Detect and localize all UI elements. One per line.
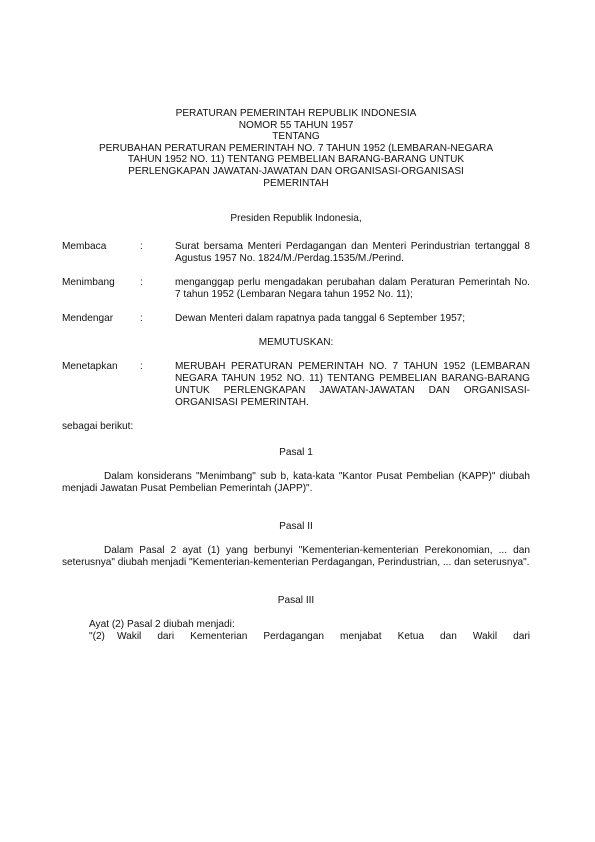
establish-colon: : (140, 361, 175, 409)
consideration-colon: : (140, 277, 175, 301)
establish-label: Menetapkan (62, 361, 140, 409)
consideration-label: Menimbang (62, 277, 140, 301)
article-heading: Pasal II (62, 521, 530, 533)
title-line: PEMERINTAH (62, 178, 530, 190)
consideration-text: menganggap perlu mengadakan perubahan da… (175, 277, 530, 301)
consideration-menimbang: Menimbang : menganggap perlu mengadakan … (62, 277, 530, 301)
article-clause: "(2) Wakil dari Kementerian Perdagangan … (62, 631, 530, 643)
article-heading: Pasal III (62, 595, 530, 607)
title-line: PERATURAN PEMERINTAH REPUBLIK INDONESIA (62, 108, 530, 120)
consideration-colon: : (140, 313, 175, 325)
establish-section: Menetapkan : MERUBAH PERATURAN PEMERINTA… (62, 361, 530, 409)
consideration-membaca: Membaca : Surat bersama Menteri Perdagan… (62, 241, 530, 265)
title-line: NOMOR 55 TAHUN 1957 (62, 120, 530, 132)
article-heading: Pasal 1 (62, 447, 530, 459)
as-follows-text: sebagai berikut: (62, 421, 530, 433)
document-page: PERATURAN PEMERINTAH REPUBLIK INDONESIA … (62, 108, 530, 643)
establish-text: MERUBAH PERATURAN PEMERINTAH NO. 7 TAHUN… (175, 361, 530, 409)
clause-text: Wakil dari Kementerian Perdagangan menja… (117, 631, 530, 643)
title-line: PERLENGKAPAN JAWATAN-JAWATAN DAN ORGANIS… (62, 166, 530, 178)
consideration-label: Membaca (62, 241, 140, 265)
consideration-text: Surat bersama Menteri Perdagangan dan Me… (175, 241, 530, 265)
consideration-label: Mendengar (62, 313, 140, 325)
title-line: PERUBAHAN PERATURAN PEMERINTAH NO. 7 TAH… (62, 143, 530, 155)
article-text: Dalam konsiderans "Menimbang" sub b, kat… (62, 471, 530, 495)
decision-heading: MEMUTUSKAN: (62, 337, 530, 349)
consideration-colon: : (140, 241, 175, 265)
consideration-text: Dewan Menteri dalam rapatnya pada tangga… (175, 313, 530, 325)
consideration-mendengar: Mendengar : Dewan Menteri dalam rapatnya… (62, 313, 530, 325)
clause-number: "(2) (89, 631, 117, 643)
title-line: TAHUN 1952 NO. 11) TENTANG PEMBELIAN BAR… (62, 154, 530, 166)
president-line: Presiden Republik Indonesia, (62, 213, 530, 225)
title-line: TENTANG (62, 131, 530, 143)
article-intro: Ayat (2) Pasal 2 diubah menjadi: (62, 619, 530, 631)
article-text: Dalam Pasal 2 ayat (1) yang berbunyi "Ke… (62, 545, 530, 569)
document-title: PERATURAN PEMERINTAH REPUBLIK INDONESIA … (62, 108, 530, 189)
